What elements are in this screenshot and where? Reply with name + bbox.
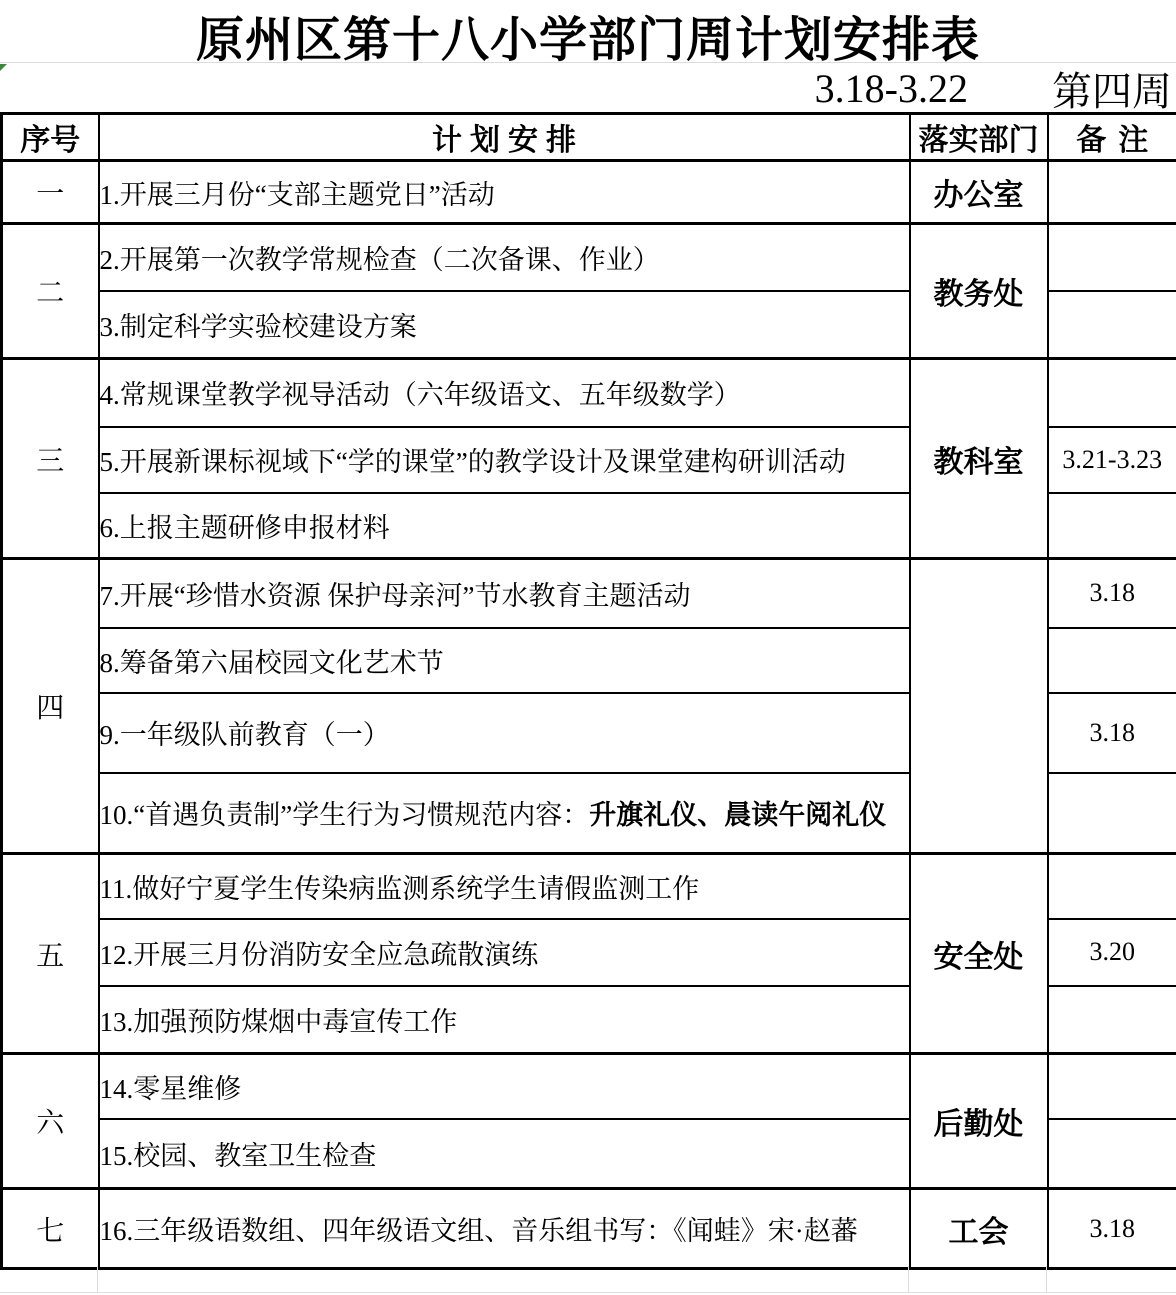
- weekly-plan-sheet: 原州区第十八小学部门周计划安排表 3.18-3.22 第四周 序号 计划安排 落…: [0, 0, 1176, 1295]
- remark-cell: [1048, 291, 1176, 359]
- table-row: 一1.开展三月份“支部主题党日”活动办公室: [2, 161, 1176, 224]
- plan-item-cell: 1.开展三月份“支部主题党日”活动: [99, 161, 910, 224]
- plan-item-cell: 5.开展新课标视域下“学的课堂”的教学设计及课堂建构研训活动: [99, 427, 910, 493]
- plan-item-cell: 8.筹备第六届校园文化艺术节: [99, 628, 910, 693]
- group-index-cell: 五: [2, 854, 99, 1054]
- department-cell: 办公室: [910, 161, 1048, 224]
- plan-item-cell: 7.开展“珍惜水资源 保护母亲河”节水教育主题活动: [99, 559, 910, 628]
- remark-cell: 3.20: [1048, 919, 1176, 986]
- remark-cell: 3.21-3.23: [1048, 427, 1176, 493]
- table-row: 六14.零星维修后勤处: [2, 1054, 1176, 1119]
- header-index: 序号: [2, 114, 99, 161]
- table-row: 二2.开展第一次教学常规检查（二次备课、作业）教务处: [2, 224, 1176, 291]
- plan-item-cell: 6.上报主题研修申报材料: [99, 493, 910, 559]
- table-row: 四7.开展“珍惜水资源 保护母亲河”节水教育主题活动3.18: [2, 559, 1176, 628]
- remark-cell: [1048, 493, 1176, 559]
- department-cell: [910, 559, 1048, 854]
- header-department: 落实部门: [910, 114, 1048, 161]
- plan-item-cell: 2.开展第一次教学常规检查（二次备课、作业）: [99, 224, 910, 291]
- table-row: 七16.三年级语数组、四年级语文组、音乐组书写：《闻蛙》宋·赵蕃工会3.18: [2, 1189, 1176, 1269]
- remark-cell: [1048, 773, 1176, 854]
- plan-item-cell: 10.“首遇负责制”学生行为习惯规范内容：升旗礼仪、晨读午阅礼仪: [99, 773, 910, 854]
- gridline: [0, 62, 1176, 63]
- remark-cell: [1048, 854, 1176, 919]
- plan-item-cell: 13.加强预防煤烟中毒宣传工作: [99, 986, 910, 1054]
- remark-cell: [1048, 1054, 1176, 1119]
- page-title: 原州区第十八小学部门周计划安排表: [0, 1, 1176, 70]
- group-index-cell: 四: [2, 559, 99, 854]
- department-cell: 教科室: [910, 359, 1048, 559]
- plan-item-cell: 4.常规课堂教学视导活动（六年级语文、五年级数学）: [99, 359, 910, 427]
- group-index-cell: 六: [2, 1054, 99, 1189]
- plan-table: 序号 计划安排 落实部门 备注 一1.开展三月份“支部主题党日”活动办公室二2.…: [0, 112, 1176, 1270]
- plan-item-cell: 9.一年级队前教育（一）: [99, 693, 910, 773]
- plan-item-cell: 14.零星维修: [99, 1054, 910, 1119]
- remark-cell: 3.18: [1048, 693, 1176, 773]
- remark-cell: 3.18: [1048, 1189, 1176, 1269]
- date-range: 3.18-3.22: [815, 65, 968, 112]
- plan-item-cell: 12.开展三月份消防安全应急疏散演练: [99, 919, 910, 986]
- gridline: [908, 1266, 909, 1292]
- gridline: [97, 1266, 98, 1292]
- table-row: 三4.常规课堂教学视导活动（六年级语文、五年级数学）教科室: [2, 359, 1176, 427]
- department-cell: 工会: [910, 1189, 1048, 1269]
- remark-cell: 3.18: [1048, 559, 1176, 628]
- week-number: 第四周: [1052, 60, 1172, 117]
- plan-table-body: 一1.开展三月份“支部主题党日”活动办公室二2.开展第一次教学常规检查（二次备课…: [2, 161, 1176, 1269]
- plan-table-header: 序号 计划安排 落实部门 备注: [2, 114, 1176, 161]
- group-index-cell: 一: [2, 161, 99, 224]
- plan-item-cell: 11.做好宁夏学生传染病监测系统学生请假监测工作: [99, 854, 910, 919]
- gridline: [1046, 1266, 1047, 1292]
- plan-item-cell: 3.制定科学实验校建设方案: [99, 291, 910, 359]
- group-index-cell: 七: [2, 1189, 99, 1269]
- plan-item-cell: 15.校园、教室卫生检查: [99, 1119, 910, 1189]
- group-index-cell: 三: [2, 359, 99, 559]
- department-cell: 教务处: [910, 224, 1048, 359]
- header-plan: 计划安排: [99, 114, 910, 161]
- remark-cell: [1048, 161, 1176, 224]
- plan-item-cell: 16.三年级语数组、四年级语文组、音乐组书写：《闻蛙》宋·赵蕃: [99, 1189, 910, 1269]
- remark-cell: [1048, 1119, 1176, 1189]
- remark-cell: [1048, 986, 1176, 1054]
- department-cell: 安全处: [910, 854, 1048, 1054]
- remark-cell: [1048, 628, 1176, 693]
- subtitle-row: 3.18-3.22 第四周: [0, 64, 1176, 112]
- table-row: 五11.做好宁夏学生传染病监测系统学生请假监测工作安全处: [2, 854, 1176, 919]
- remark-cell: [1048, 224, 1176, 291]
- remark-cell: [1048, 359, 1176, 427]
- group-index-cell: 二: [2, 224, 99, 359]
- gridline: [0, 1292, 1176, 1293]
- department-cell: 后勤处: [910, 1054, 1048, 1189]
- header-remark: 备注: [1048, 114, 1176, 161]
